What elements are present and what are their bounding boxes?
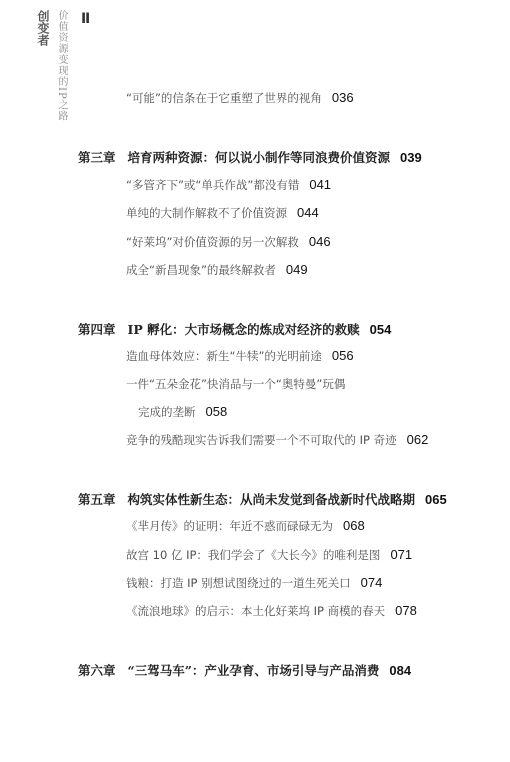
toc-section[interactable]: 《流浪地球》的启示：本土化好莱坞 IP 商模的春天078 [126,603,417,619]
toc-section[interactable]: 钱粮：打造 IP 别想试图绕过的一道生死关口074 [126,575,382,591]
page-number: 078 [395,603,417,618]
page-number: 049 [286,262,308,277]
chapter-number: 第六章 [78,663,116,678]
section-title: “可能”的信条在于它重塑了世界的视角 [126,91,322,105]
toc-section-continuation[interactable]: 完成的垄断058 [138,404,227,420]
page-number: 046 [309,234,331,249]
chapter-title: IP 孵化：大市场概念的炼成对经济的救赎 [128,322,360,337]
toc-section[interactable]: 一件“五朵金花”快消品与一个“奥特曼”玩偶 [126,376,345,392]
toc-section[interactable]: 造血母体效应：新生“牛犊”的光明前途056 [126,348,354,364]
page-number: 041 [309,177,331,192]
toc-section[interactable]: “多管齐下”或“单兵作战”都没有错041 [126,177,331,193]
page-number: 056 [332,348,354,363]
book-spine-header: 创变者 价值资源变现的IP之路 [36,10,67,122]
page-number: 039 [400,150,422,165]
toc-section[interactable]: “好莱坞”对价值资源的另一次解救046 [126,234,331,250]
toc-section[interactable]: 单纯的大制作解救不了价值资源044 [126,205,319,221]
toc-section[interactable]: “可能”的信条在于它重塑了世界的视角036 [126,90,354,106]
toc-chapter[interactable]: 第四章IP 孵化：大市场概念的炼成对经济的救赎054 [78,320,391,338]
toc-section[interactable]: 成全“新昌现象”的最终解救者049 [126,262,308,278]
toc-section[interactable]: 竞争的残酷现实告诉我们需要一个不可取代的 IP 奇迹062 [126,432,428,448]
page-number: 058 [206,404,228,419]
page-number: 062 [407,432,429,447]
toc-chapter[interactable]: 第六章“三驾马车”：产业孕育、市场引导与产品消费084 [78,661,411,679]
page-number: 054 [370,322,392,337]
section-title: 《芈月传》的证明：年近不惑而碌碌无为 [126,519,333,533]
section-title: 《流浪地球》的启示：本土化好莱坞 IP 商模的春天 [126,604,385,618]
section-title: 故宫 10 亿 IP：我们学会了《大长今》的唯利是图 [126,548,380,562]
chapter-title: 培育两种资源：何以说小制作等同浪费价值资源 [128,150,391,165]
book-brand: 创变者 [36,10,49,122]
toc-section[interactable]: 故宫 10 亿 IP：我们学会了《大长今》的唯利是图071 [126,547,412,563]
chapter-title: “三驾马车”：产业孕育、市场引导与产品消费 [128,663,380,678]
page-number: 071 [390,547,412,562]
toc-chapter[interactable]: 第三章培育两种资源：何以说小制作等同浪费价值资源039 [78,148,422,166]
chapter-number: 第四章 [78,322,116,337]
page-numeral: Ⅱ [81,11,90,27]
page-number: 068 [343,518,365,533]
page-number: 044 [297,205,319,220]
section-title: “多管齐下”或“单兵作战”都没有错 [126,178,299,192]
chapter-title: 构筑实体性新生态：从尚未发觉到备战新时代战略期 [128,492,416,507]
chapter-number: 第五章 [78,492,116,507]
page-number: 084 [389,663,411,678]
section-title: 单纯的大制作解救不了价值资源 [126,206,287,220]
section-title: 一件“五朵金花”快消品与一个“奥特曼”玩偶 [126,377,345,391]
chapter-number: 第三章 [78,150,116,165]
section-title: 竞争的残酷现实告诉我们需要一个不可取代的 IP 奇迹 [126,433,397,447]
toc-chapter[interactable]: 第五章构筑实体性新生态：从尚未发觉到备战新时代战略期065 [78,490,447,508]
page-number: 036 [332,90,354,105]
section-title: 造血母体效应：新生“牛犊”的光明前途 [126,349,322,363]
page-number: 065 [425,492,447,507]
book-subtitle: 价值资源变现的IP之路 [55,10,67,122]
section-title: “好莱坞”对价值资源的另一次解救 [126,235,299,249]
section-title: 成全“新昌现象”的最终解救者 [126,263,276,277]
section-title: 钱粮：打造 IP 别想试图绕过的一道生死关口 [126,576,351,590]
section-title: 完成的垄断 [138,405,196,419]
page-number: 074 [361,575,383,590]
toc-section[interactable]: 《芈月传》的证明：年近不惑而碌碌无为068 [126,518,365,534]
